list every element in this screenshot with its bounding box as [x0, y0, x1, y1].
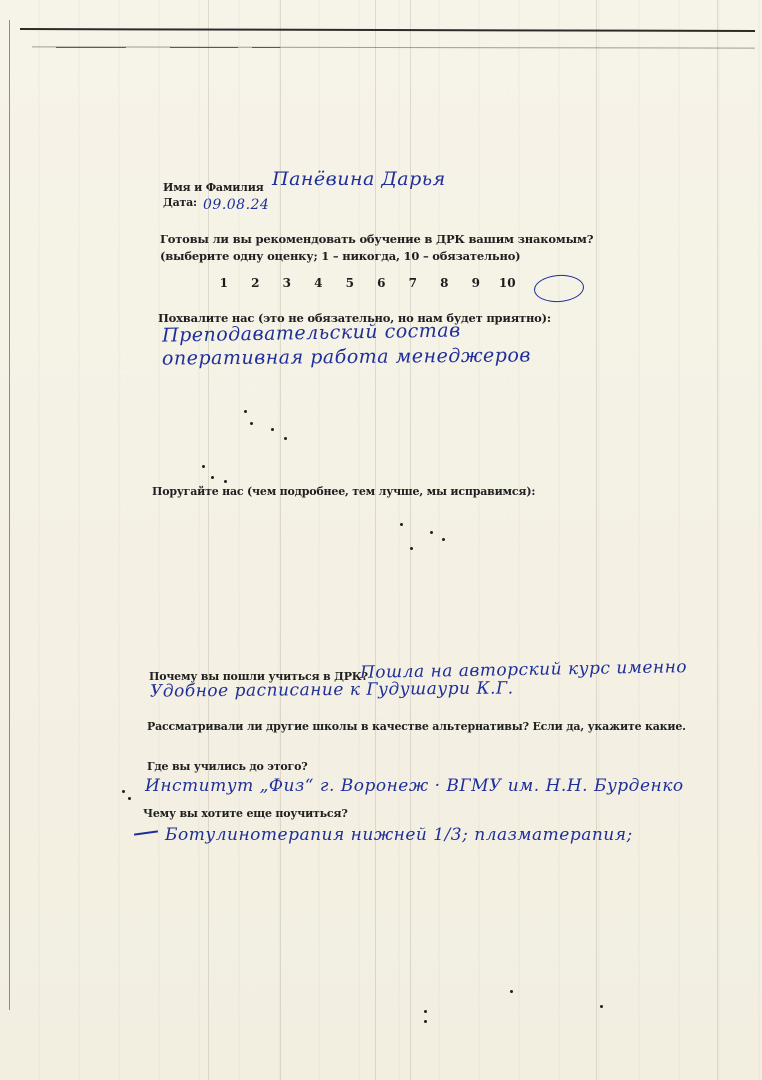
alternatives-label: Рассматривали ли другие школы в качестве…: [147, 720, 686, 733]
scan-speck: [202, 465, 205, 468]
rating-option-1[interactable]: 1: [208, 276, 240, 290]
header-rule: [20, 28, 755, 32]
recommend-question: Готовы ли вы рекомендовать обучение в ДР…: [160, 232, 593, 246]
scan-speck: [122, 790, 125, 793]
rating-option-9[interactable]: 9: [460, 276, 492, 290]
rating-option-2[interactable]: 2: [240, 276, 272, 290]
scan-speck: [284, 437, 287, 440]
scan-speck: [510, 990, 513, 993]
rating-option-3[interactable]: 3: [271, 276, 303, 290]
scan-speck: [128, 797, 131, 800]
scan-speck: [271, 428, 274, 431]
scan-speck: [400, 523, 403, 526]
date-value[interactable]: 09.08.24: [203, 197, 269, 213]
scan-speck: [430, 531, 433, 534]
praise-line-2[interactable]: оперативная работа менеджеров: [162, 344, 531, 369]
criticize-label: Поругайте нас (чем подробнее, тем лучше,…: [152, 485, 535, 498]
scan-speck: [250, 422, 253, 425]
page-edge: [9, 20, 10, 1010]
recommend-hint: (выберите одну оценку; 1 – никогда, 10 –…: [160, 249, 520, 263]
selected-score-circle: [533, 273, 585, 303]
praise-line-1[interactable]: Преподавательский состав: [162, 319, 461, 346]
scan-speck: [244, 410, 247, 413]
rating-option-4[interactable]: 4: [303, 276, 335, 290]
next-label: Чему вы хотите еще поучиться?: [143, 807, 348, 820]
scan-speck: [424, 1010, 427, 1013]
header-dash: [170, 47, 238, 48]
strikethrough-mark: [134, 830, 158, 835]
before-value[interactable]: Институт „Физ“ г. Воронеж · ВГМУ им. Н.Н…: [145, 776, 684, 796]
rating-option-5[interactable]: 5: [334, 276, 366, 290]
scan-speck: [442, 538, 445, 541]
rating-option-10[interactable]: 10: [492, 276, 524, 290]
header-dash: [252, 47, 280, 48]
rating-scale[interactable]: 1 2 3 4 5 6 7 8 9 10: [208, 276, 523, 290]
scan-speck: [410, 547, 413, 550]
before-label: Где вы учились до этого?: [147, 760, 308, 773]
date-label: Дата:: [163, 196, 197, 209]
scan-speck: [600, 1005, 603, 1008]
scan-speck: [224, 480, 227, 483]
header-dash: [56, 47, 126, 48]
header-subrule: [32, 46, 755, 48]
rating-option-7[interactable]: 7: [397, 276, 429, 290]
name-label: Имя и Фамилия: [163, 181, 264, 194]
scan-speck: [424, 1020, 427, 1023]
why-line-2[interactable]: Удобное расписание к Гудушаури К.Г.: [150, 678, 514, 701]
name-value[interactable]: Панёвина Дарья: [272, 168, 446, 190]
next-value[interactable]: Ботулинотерапия нижней 1/3; плазматерапи…: [165, 825, 633, 845]
scan-speck: [211, 476, 214, 479]
rating-option-6[interactable]: 6: [366, 276, 398, 290]
rating-option-8[interactable]: 8: [429, 276, 461, 290]
